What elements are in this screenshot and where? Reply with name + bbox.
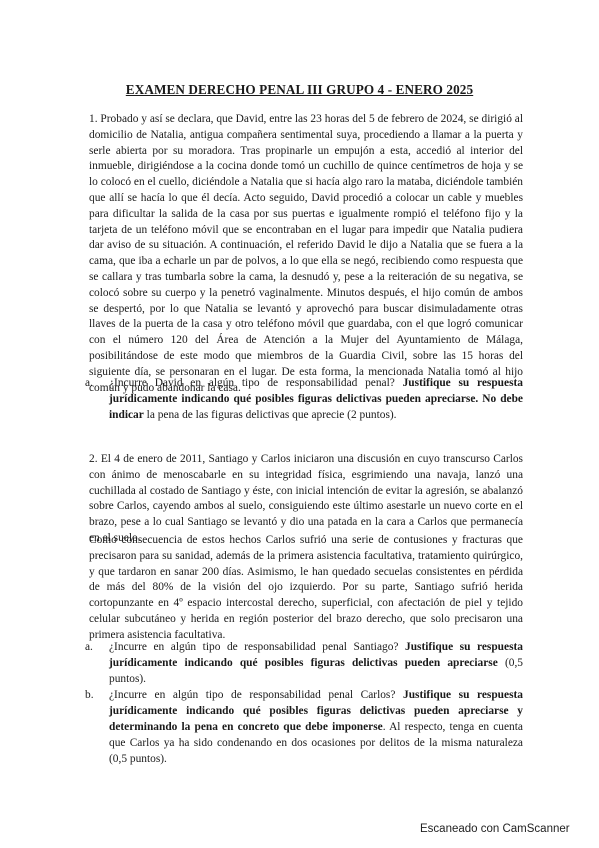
question-marker: a. [85, 640, 93, 656]
scanned-page: EXAMEN DERECHO PENAL III GRUPO 4 - ENERO… [0, 0, 599, 848]
case-2-question-a: a. ¿Incurre en algún tipo de responsabil… [109, 640, 523, 687]
question-text: ¿Incurre en algún tipo de responsabilida… [109, 641, 405, 653]
question-marker: a. [85, 376, 93, 392]
question-text: ¿Incurre en algún tipo de responsabilida… [109, 689, 403, 701]
case-2-question-b: b. ¿Incurre en algún tipo de responsabil… [109, 688, 523, 767]
exam-title: EXAMEN DERECHO PENAL III GRUPO 4 - ENERO… [0, 82, 599, 98]
question-text: ¿Incurre David en algún tipo de responsa… [109, 377, 403, 389]
question-marker: b. [85, 688, 94, 704]
question-text-end: la pena de las figuras delictivas que ap… [144, 409, 397, 421]
case-1-facts: 1. Probado y así se declara, que David, … [89, 112, 523, 396]
case-2-questions: a. ¿Incurre en algún tipo de responsabil… [109, 640, 523, 768]
case-2-consequences: Como consecuencia de estos hechos Carlos… [89, 533, 523, 644]
camscanner-watermark: Escaneado con CamScanner [420, 823, 570, 835]
case-1-question-a: a. ¿Incurre David en algún tipo de respo… [109, 376, 523, 424]
